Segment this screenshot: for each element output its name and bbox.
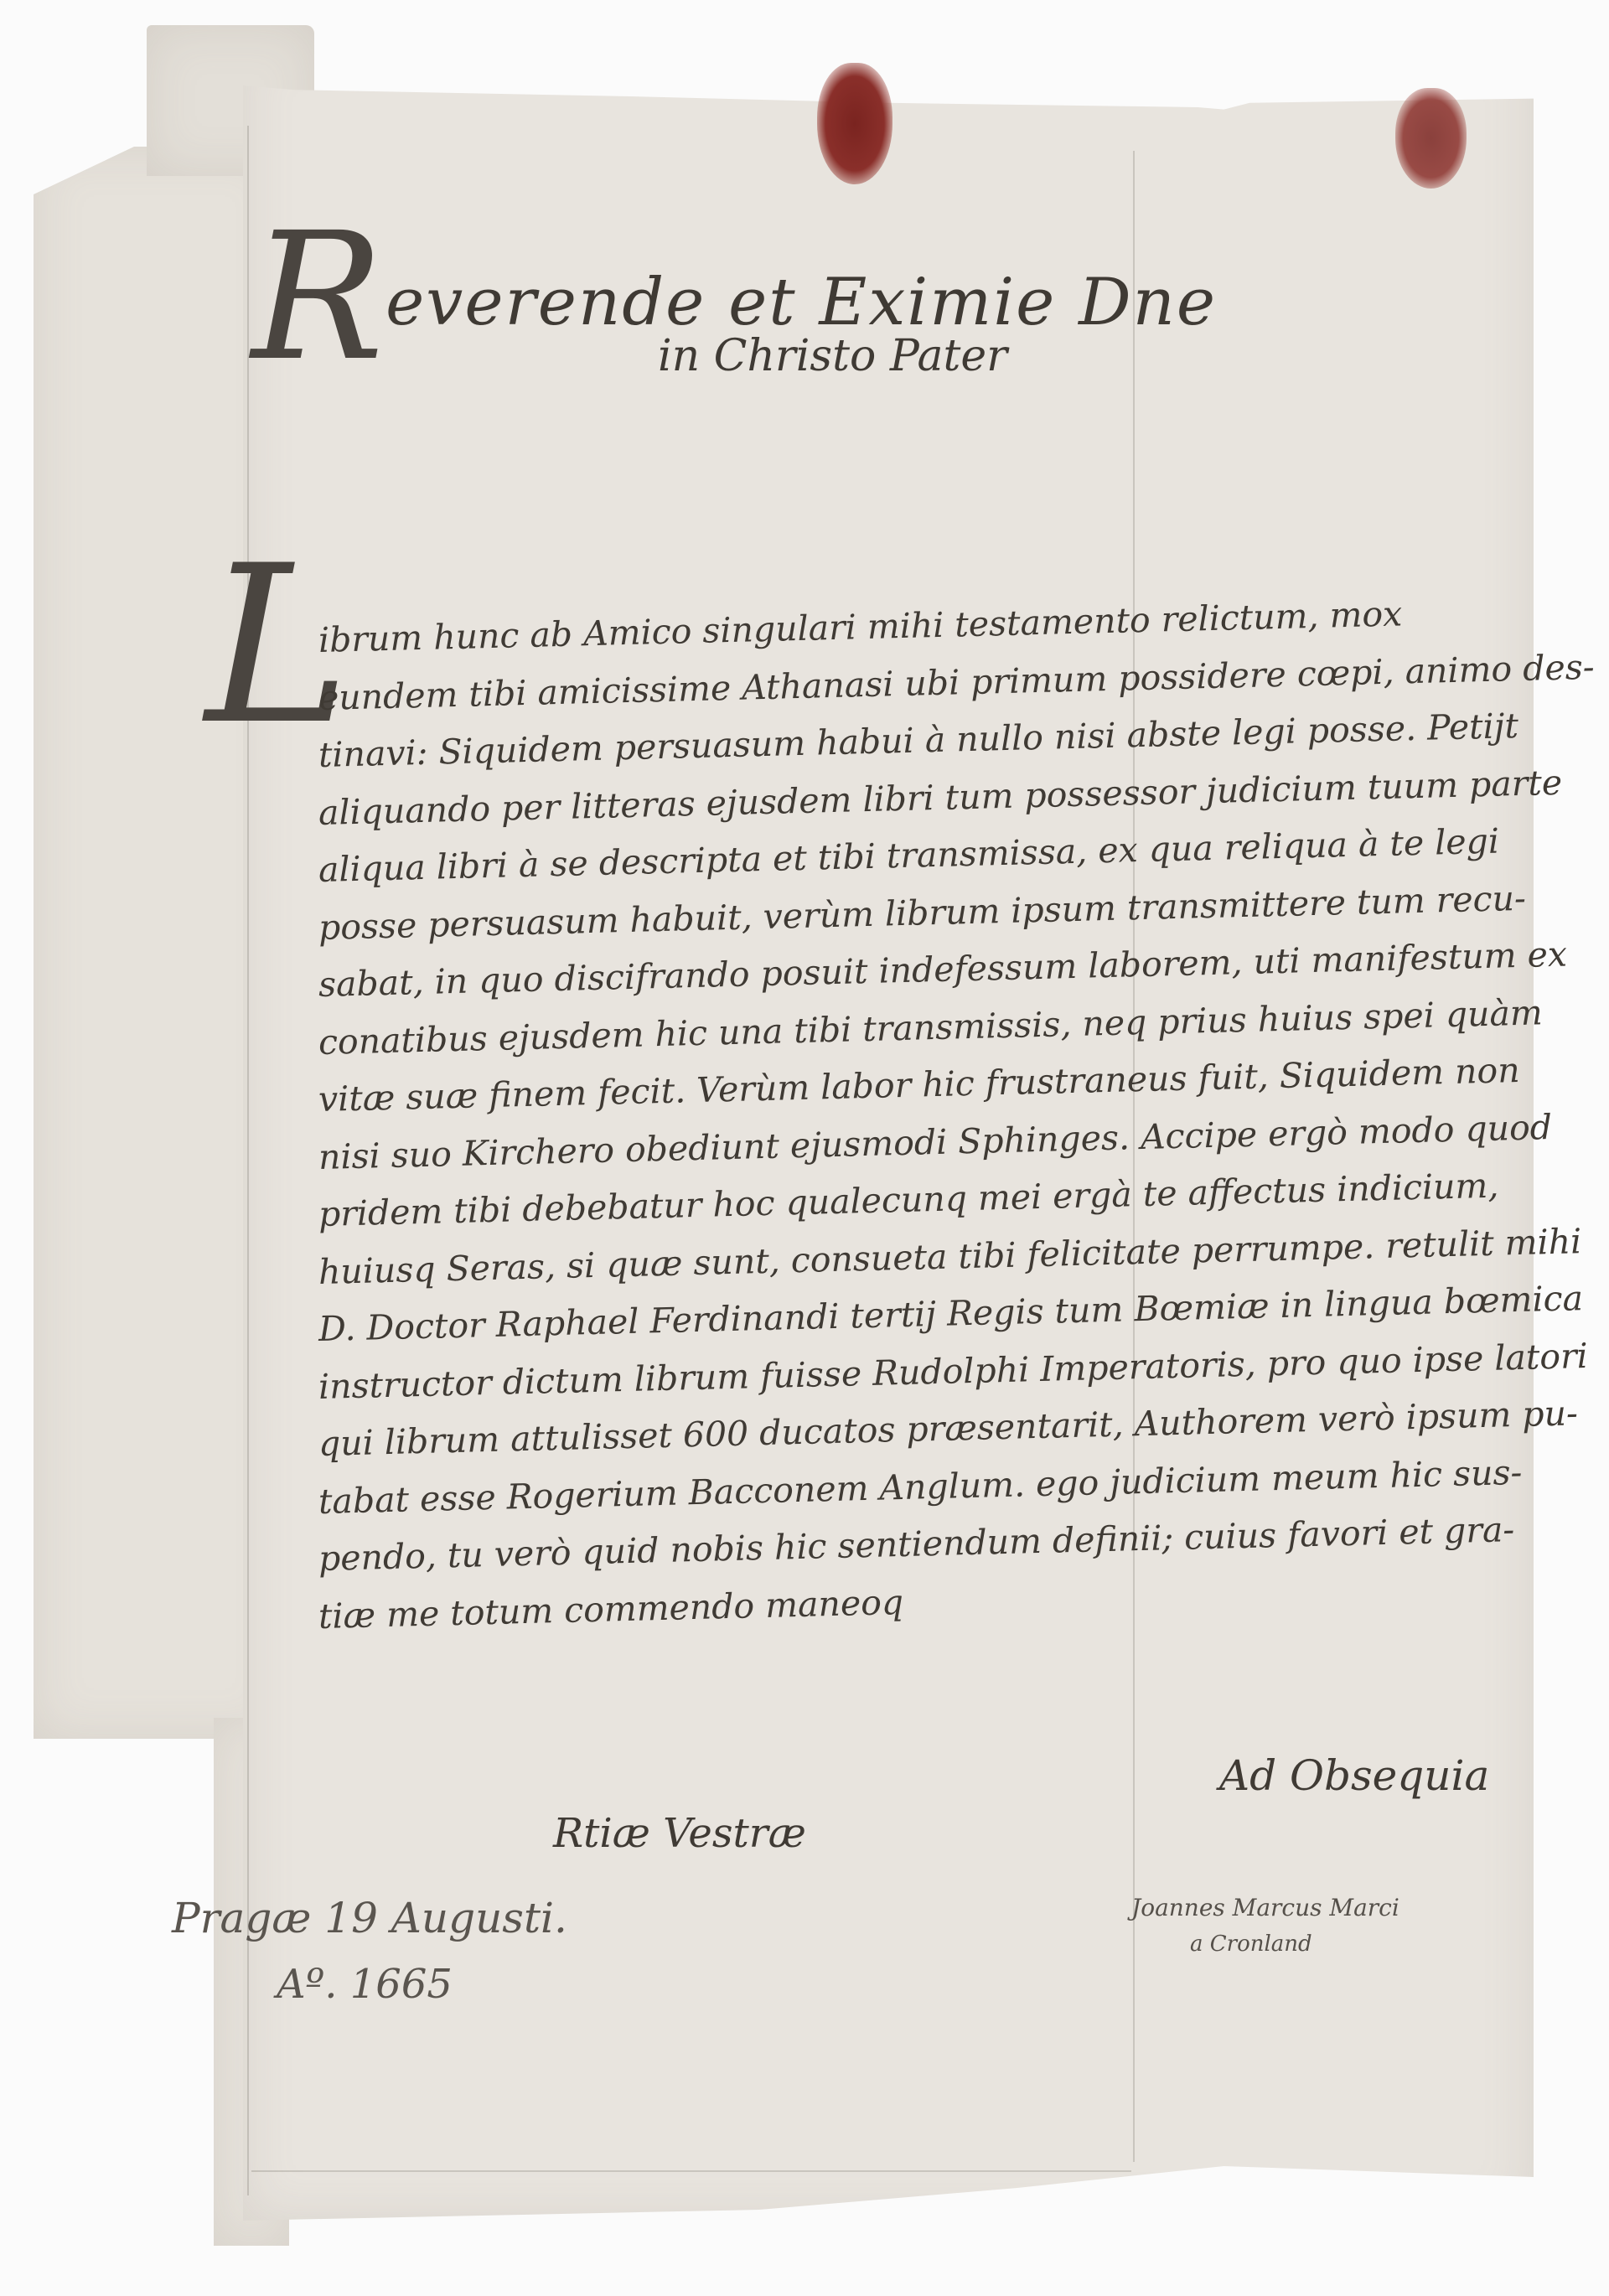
salutation-line-2: in Christo Pater — [658, 331, 1007, 381]
place-date: Pragæ 19 Augusti. — [172, 1894, 567, 1942]
signature-place: a Cronland — [1190, 1931, 1312, 1957]
salutation-initial: R — [251, 194, 385, 400]
year: Aº. 1665 — [277, 1961, 453, 2008]
signature-name: Joannes Marcus Marci — [1131, 1894, 1399, 1921]
subscription: Ad Obsequia — [1219, 1751, 1489, 1800]
fold-line-left — [247, 126, 249, 2195]
letter-body: ibrum hunc ab Amico singulari mihi testa… — [318, 612, 1525, 1645]
closing: Rtiæ Vestræ — [553, 1810, 806, 1857]
wax-seal-mark-left — [817, 63, 892, 184]
wax-seal-mark-right — [1395, 88, 1467, 189]
fold-line-bottom — [251, 2170, 1131, 2172]
